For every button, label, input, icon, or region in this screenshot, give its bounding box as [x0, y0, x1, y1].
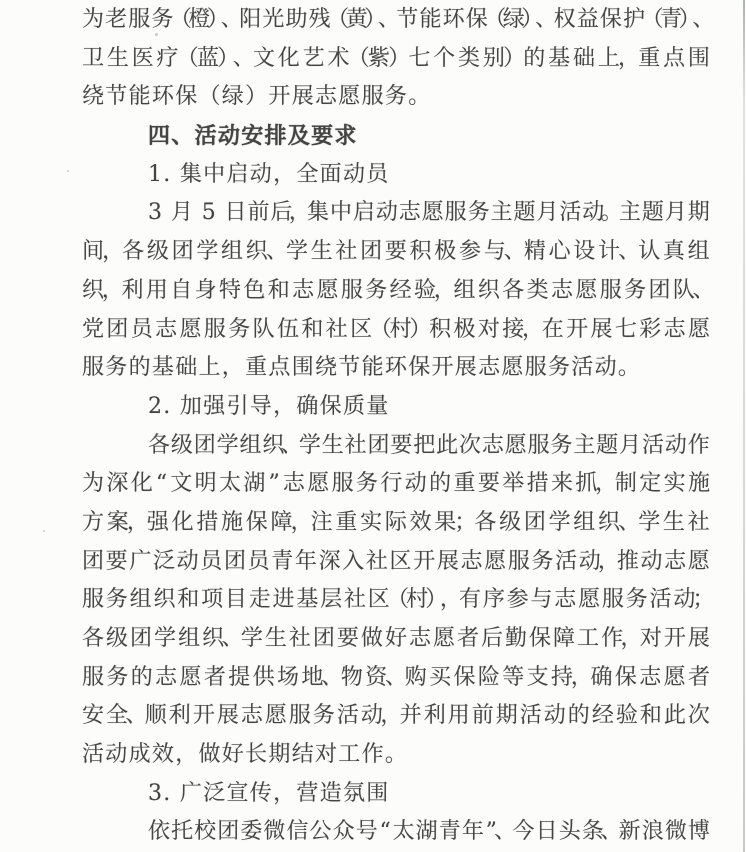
body-line: 活动成效，做好长期结对工作。	[82, 736, 710, 775]
body-line: 为深化“文明太湖”志愿服务行动的重要举措来抓，制定实施	[82, 465, 710, 504]
body-line: 方案，强化措施保障，注重实际效果；各级团学组织、学生社	[82, 504, 710, 543]
body-line: 各级团学组织、学生社团要做好志愿者后勤保障工作，对开展	[82, 620, 710, 659]
body-line: 卫生医疗（蓝）、文化艺术（紫）七个类别）的基础上，重点围	[82, 40, 710, 79]
body-line: 服务组织和项目走进基层社区（村），有序参与志愿服务活动；	[82, 581, 710, 620]
body-line: 服务的志愿者提供场地、物资、购买保险等支持，确保志愿者	[82, 659, 710, 698]
body-line: 各级团学组织、学生社团要把此次志愿服务主题月活动作	[82, 427, 710, 466]
scan-speck	[67, 170, 69, 172]
heading-line: 四、活动安排及要求	[82, 117, 710, 156]
scan-speck	[155, 33, 158, 36]
body-line: 3 月 5 日前后，集中启动志愿服务主题月活动。主题月期	[82, 194, 710, 233]
body-line: 绕节能环保（绿）开展志愿服务。	[82, 78, 710, 117]
document-page: 为老服务（橙）、阳光助残（黄）、节能环保（绿）、权益保护（青）、卫生医疗（蓝）、…	[0, 0, 746, 852]
body-line: 间，各级团学组织、学生社团要积极参与、精心设计、认真组	[82, 233, 710, 272]
body-line: 党团员志愿服务队伍和社区（村）积极对接，在开展七彩志愿	[82, 311, 710, 350]
scan-speck	[43, 530, 45, 532]
subheading-line: 2. 加强引导，确保质量	[82, 388, 710, 427]
body-line: 依托校团委微信公众号“太湖青年”、今日头条、新浪微博	[82, 813, 710, 852]
document-body: 为老服务（橙）、阳光助残（黄）、节能环保（绿）、权益保护（青）、卫生医疗（蓝）、…	[82, 1, 710, 852]
subheading-line: 1. 集中启动，全面动员	[82, 156, 710, 195]
body-line: 为老服务（橙）、阳光助残（黄）、节能环保（绿）、权益保护（青）、	[82, 1, 710, 40]
body-line: 织，利用自身特色和志愿服务经验，组织各类志愿服务团队、	[82, 272, 710, 311]
page-edge-shadow	[743, 0, 745, 852]
subheading-line: 3. 广泛宣传，营造氛围	[82, 775, 710, 814]
body-line: 团要广泛动员团员青年深入社区开展志愿服务活动，推动志愿	[82, 543, 710, 582]
body-line: 服务的基础上，重点围绕节能环保开展志愿服务活动。	[82, 349, 710, 388]
body-line: 安全、顺利开展志愿服务活动，并利用前期活动的经验和此次	[82, 697, 710, 736]
